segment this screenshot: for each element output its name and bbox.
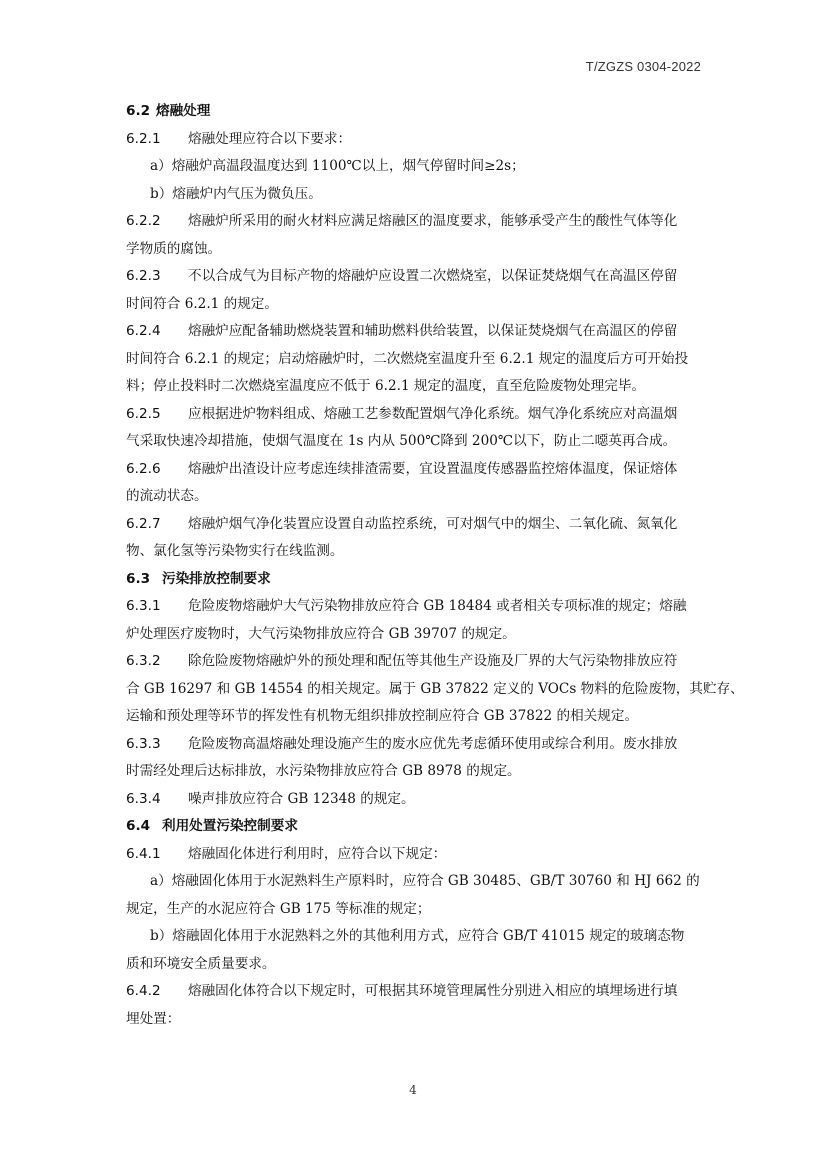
clause-continuation: 运输和预处理等环节的挥发性有机物无组织排放控制应符合 GB 37822 的相关规… [126, 703, 702, 731]
clause-number: 6.3.1 [126, 593, 188, 621]
clause-text: 噪声排放应符合 GB 12348 的规定。 [188, 791, 415, 807]
clause-continuation: 学物质的腐蚀。 [126, 236, 702, 264]
clause-6-2-4: 6.2.4熔融炉应配备辅助燃烧装置和辅助燃料供给装置，以保证焚烧烟气在高温区的停… [126, 318, 702, 346]
clause-continuation: 的流动状态。 [126, 483, 702, 511]
clause-continuation: 炉处理医疗废物时，大气污染物排放应符合 GB 39707 的规定。 [126, 621, 702, 649]
clause-continuation: 时需经处理后达标排放，水污染物排放应符合 GB 8978 的规定。 [126, 758, 702, 786]
clause-text: 熔融固化体符合以下规定时，可根据其环境管理属性分别进入相应的填埋场进行填 [188, 983, 677, 999]
document-code: T/ZGZS 0304-2022 [586, 59, 701, 74]
section-heading-6-2: 6.2熔融处理 [126, 98, 702, 126]
section-number: 6.4 [126, 813, 162, 841]
clause-number: 6.2.6 [126, 456, 188, 484]
clause-number: 6.2.4 [126, 318, 188, 346]
clause-text: 熔融炉烟气净化装置应设置自动监控系统，可对烟气中的烟尘、二氧化硫、氮氧化 [188, 516, 677, 532]
page-number: 4 [0, 1083, 826, 1097]
clause-text: 熔融固化体进行利用时，应符合以下规定： [188, 846, 446, 862]
clause-6-2-7: 6.2.7熔融炉烟气净化装置应设置自动监控系统，可对烟气中的烟尘、二氧化硫、氮氧… [126, 511, 702, 539]
document-body: 6.2熔融处理 6.2.1熔融处理应符合以下要求： a）熔融炉高温段温度达到 1… [126, 98, 702, 1033]
clause-6-2-1: 6.2.1熔融处理应符合以下要求： [126, 126, 702, 154]
clause-number: 6.2.7 [126, 511, 188, 539]
section-title: 污染排放控制要求 [162, 571, 271, 587]
section-title: 熔融处理 [156, 103, 210, 119]
clause-continuation: 料；停止投料时二次燃烧室温度应不低于 6.2.1 规定的温度，直至危险废物处理完… [126, 373, 702, 401]
section-number: 6.2 [126, 98, 156, 126]
list-item-continuation: 规定，生产的水泥应符合 GB 175 等标准的规定； [126, 896, 702, 924]
clause-continuation: 合 GB 16297 和 GB 14554 的相关规定。属于 GB 37822 … [126, 676, 702, 704]
clause-number: 6.2.1 [126, 126, 188, 154]
clause-number: 6.3.4 [126, 786, 188, 814]
clause-6-2-5: 6.2.5应根据进炉物料组成、熔融工艺参数配置烟气净化系统。烟气净化系统应对高温… [126, 401, 702, 429]
clause-text: 危险废物熔融炉大气污染物排放应符合 GB 18484 或者相关专项标准的规定；熔… [188, 598, 686, 614]
clause-number: 6.4.1 [126, 841, 188, 869]
clause-continuation: 埋处置： [126, 1006, 702, 1034]
clause-continuation: 物、氯化氢等污染物实行在线监测。 [126, 538, 702, 566]
list-item-a: a）熔融炉高温段温度达到 1100℃以上，烟气停留时间≥2s； [126, 153, 702, 181]
clause-text: 不以合成气为目标产物的熔融炉应设置二次燃烧室，以保证焚烧烟气在高温区停留 [188, 268, 677, 284]
clause-text: 熔融炉应配备辅助燃烧装置和辅助燃料供给装置，以保证焚烧烟气在高温区的停留 [188, 323, 677, 339]
clause-6-3-4: 6.3.4噪声排放应符合 GB 12348 的规定。 [126, 786, 702, 814]
section-title: 利用处置污染控制要求 [162, 818, 298, 834]
clause-6-2-2: 6.2.2熔融炉所采用的耐火材料应满足熔融区的温度要求，能够承受产生的酸性气体等… [126, 208, 702, 236]
section-number: 6.3 [126, 566, 162, 594]
clause-continuation: 气采取快速冷却措施，使烟气温度在 1s 内从 500℃降到 200℃以下，防止二… [126, 428, 702, 456]
clause-text: 危险废物高温熔融处理设施产生的废水应优先考虑循环使用或综合利用。废水排放 [188, 736, 677, 752]
clause-6-4-1: 6.4.1熔融固化体进行利用时，应符合以下规定： [126, 841, 702, 869]
clause-number: 6.2.2 [126, 208, 188, 236]
clause-text: 熔融处理应符合以下要求： [188, 131, 351, 147]
clause-6-2-3: 6.2.3不以合成气为目标产物的熔融炉应设置二次燃烧室，以保证焚烧烟气在高温区停… [126, 263, 702, 291]
section-heading-6-4: 6.4利用处置污染控制要求 [126, 813, 702, 841]
clause-number: 6.3.3 [126, 731, 188, 759]
clause-continuation: 时间符合 6.2.1 的规定。 [126, 291, 702, 319]
clause-6-3-1: 6.3.1危险废物熔融炉大气污染物排放应符合 GB 18484 或者相关专项标准… [126, 593, 702, 621]
clause-6-2-6: 6.2.6熔融炉出渣设计应考虑连续排渣需要，宜设置温度传感器监控熔体温度，保证熔… [126, 456, 702, 484]
clause-6-3-3: 6.3.3危险废物高温熔融处理设施产生的废水应优先考虑循环使用或综合利用。废水排… [126, 731, 702, 759]
list-item-b: b）熔融炉内气压为微负压。 [126, 181, 702, 209]
list-item-continuation: 质和环境安全质量要求。 [126, 951, 702, 979]
clause-number: 6.4.2 [126, 978, 188, 1006]
section-heading-6-3: 6.3污染排放控制要求 [126, 566, 702, 594]
clause-text: 除危险废物熔融炉外的预处理和配伍等其他生产设施及厂界的大气污染物排放应符 [188, 653, 677, 669]
clause-text: 应根据进炉物料组成、熔融工艺参数配置烟气净化系统。烟气净化系统应对高温烟 [188, 406, 677, 422]
clause-6-4-2: 6.4.2熔融固化体符合以下规定时，可根据其环境管理属性分别进入相应的填埋场进行… [126, 978, 702, 1006]
clause-text: 熔融炉出渣设计应考虑连续排渣需要，宜设置温度传感器监控熔体温度，保证熔体 [188, 461, 677, 477]
clause-number: 6.3.2 [126, 648, 188, 676]
clause-text: 熔融炉所采用的耐火材料应满足熔融区的温度要求，能够承受产生的酸性气体等化 [188, 213, 677, 229]
list-item-b: b）熔融固化体用于水泥熟料之外的其他利用方式，应符合 GB/T 41015 规定… [126, 923, 702, 951]
clause-continuation: 时间符合 6.2.1 的规定；启动熔融炉时，二次燃烧室温度升至 6.2.1 规定… [126, 346, 702, 374]
clause-number: 6.2.3 [126, 263, 188, 291]
clause-number: 6.2.5 [126, 401, 188, 429]
clause-6-3-2: 6.3.2除危险废物熔融炉外的预处理和配伍等其他生产设施及厂界的大气污染物排放应… [126, 648, 702, 676]
list-item-a: a）熔融固化体用于水泥熟料生产原料时，应符合 GB 30485、GB/T 307… [126, 868, 702, 896]
